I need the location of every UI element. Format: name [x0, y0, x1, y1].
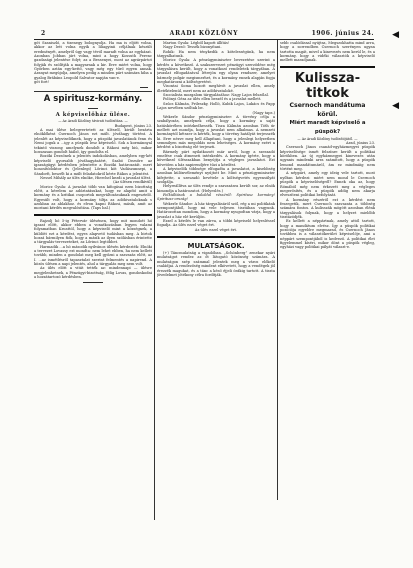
column-2: Marton Gyula: Légből kapott állítás! Nag…: [157, 41, 275, 541]
body-paragraph: Harmadik ...a hó második nyilvános ülésé…: [34, 245, 152, 267]
body-text: sebb csalódással nyújtsa, Megszokhatta m…: [280, 41, 375, 63]
body-paragraph: Moricz Gyula: A pénzügyminiszter bevezet…: [157, 58, 275, 84]
separator: [140, 87, 148, 88]
body-paragraph: Wekerle Sándor pénzügyminiszter: A törvé…: [157, 115, 275, 150]
body-text: gót fort!: [34, 80, 152, 84]
body-paragraph: Bozóki Dezsőnek a jelentés indokolásban,…: [34, 154, 152, 176]
body-paragraph: A mai ülése belegvertetett az ülésről, k…: [34, 128, 152, 154]
body-paragraph: A kormány részéről ezt a kérdést nem fes…: [280, 198, 375, 220]
newspaper-page: 2 ARADI KÖZLÖNY 1906. június 24. ◀ ◀ gót…: [0, 0, 413, 568]
issue-date: 1906. június 24.: [312, 30, 374, 37]
body-paragraph: Ez kellett a néppártnak, amely attól tar…: [280, 219, 375, 249]
body-paragraph: Wekerle Sándor: A ház tárgyalásáról szól…: [157, 202, 275, 219]
headline-box: Kulissza-titkok Csernoch mandátuma körül…: [280, 71, 375, 137]
body-paragraph: Bármely párt nyilatkozott már arról, hog…: [157, 150, 275, 167]
body-paragraph: Ezzel a kérdés le van zárva, a többi kép…: [157, 219, 275, 228]
body-paragraph: A néppárt, amely egy ideig vele tartott,…: [280, 171, 375, 197]
column-3: sebb csalódással nyújtsa, Megszokhatta m…: [280, 41, 375, 496]
margin-arrow-icon: ◀: [392, 30, 399, 40]
body-paragraph: Csernoch János csanád-egyházmegyei püspö…: [280, 145, 375, 171]
separator: [83, 282, 103, 283]
body-paragraph: Rohik: Ha nem ténykedik a kötelességünk,…: [157, 50, 275, 59]
column-divider: [154, 40, 155, 520]
applause-line: Felkiáltások a baloldal részéről: Spirit…: [157, 193, 275, 202]
box-title: Kulissza-titkok: [280, 71, 375, 101]
column-1: gót Szaniszló, a tizenegy bolognyolja. H…: [34, 41, 152, 511]
section-rule: [34, 91, 152, 92]
body-paragraph: Helyreállítva az ülés rendje a szavazásr…: [157, 184, 275, 193]
section-rule: [34, 214, 152, 216]
section-title: MULATSÁGOK.: [157, 241, 275, 251]
section-rule: [157, 236, 275, 238]
box-subtitle: Miért maradt képviselő a püspök?: [280, 119, 375, 137]
article-subtitle: A képviselőház ülése.: [34, 112, 152, 119]
body-paragraph: Visontai Soma hozott meghívót a javaslat…: [157, 84, 275, 93]
body-paragraph: Moricz Gyula: A javaslat több van kifogá…: [34, 185, 152, 211]
body-paragraph: Rajzolj hó 5-ig Pétervár ülésénen, hogy …: [34, 219, 152, 245]
body-paragraph: A képviselők többsége elfogadta a javasl…: [157, 167, 275, 184]
body-text: gót Szaniszló, a tizenegy bolognyolja. H…: [34, 41, 152, 80]
margin-arrow-icon: ◀: [392, 101, 399, 111]
article-title: A spiritusz-kormány.: [34, 94, 152, 105]
column-divider: [277, 40, 278, 500]
body-paragraph: Az ülés előtt a vitát tették az: mindenn…: [34, 266, 152, 279]
body-paragraph: Szűcs Kálmán, Prileszky, Holló, Kubik La…: [157, 102, 275, 111]
header-rule: [34, 39, 374, 40]
separator: [88, 108, 98, 109]
box-subtitle: Csernoch mandátuma körül.: [280, 101, 375, 119]
section-rule: [280, 66, 375, 68]
closing-line: Az ülés ezzel véget ért.: [157, 228, 275, 232]
body-paragraph: (+) Táncmulatság a vigadóban. „Schönberg…: [157, 251, 275, 277]
